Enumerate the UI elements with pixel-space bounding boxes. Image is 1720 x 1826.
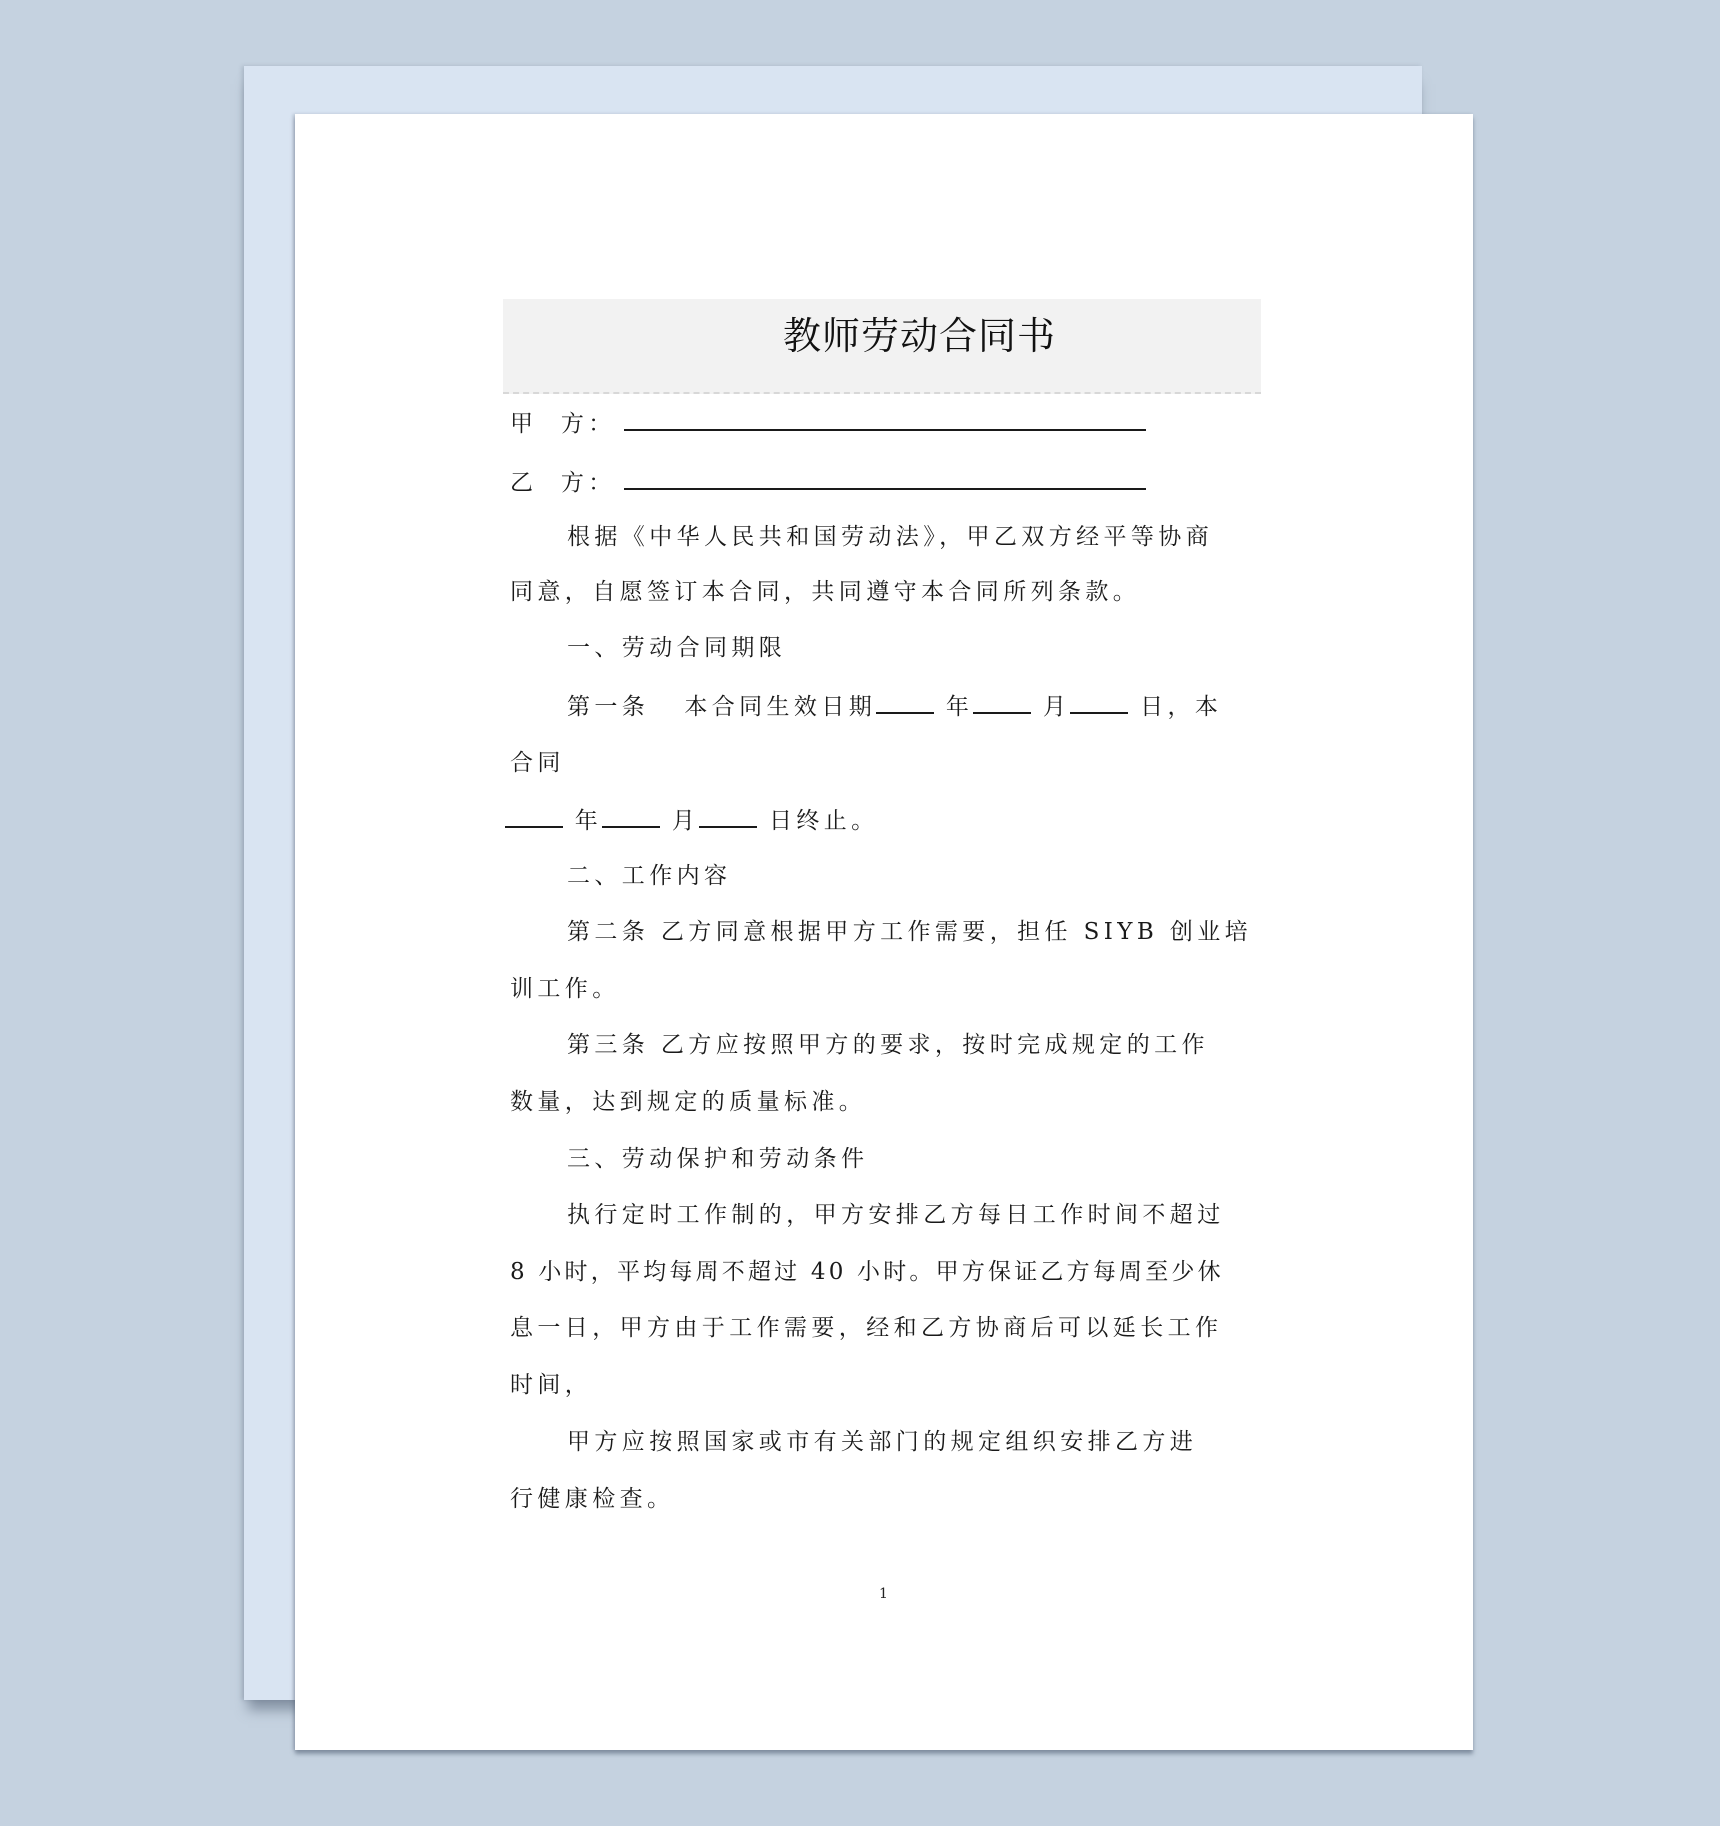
party-a-label: 甲 方： [510,411,616,437]
year-label-2: 年 [575,808,602,834]
health-line-1: 甲方应按照国家或市有关部门的规定组织安排乙方进 [567,1426,1197,1458]
document-title: 教师劳动合同书 [783,305,1056,360]
end-label: 日终止。 [769,808,879,834]
page-number: 1 [879,1586,888,1602]
party-b-row: 乙 方： [510,466,1146,498]
title-band: 教师劳动合同书 [503,299,1261,394]
document-page: 教师劳动合同书 甲 方： 乙 方： 根据《中华人民共和国劳动法》，甲乙双方经平等… [295,114,1473,1750]
party-b-label: 乙 方： [510,470,616,496]
hours-line-1: 执行定时工作制的，甲方安排乙方每日工作时间不超过 [567,1199,1225,1231]
article-2-line-1: 第二条 乙方同意根据甲方工作需要，担任 SIYB 创业培 [567,916,1252,948]
start-month-blank[interactable] [973,690,1031,714]
end-day-blank[interactable] [699,804,757,828]
article-1-line-1: 第一条 本合同生效日期 年 月 日，本 [567,690,1222,722]
start-year-blank[interactable] [876,690,934,714]
article-2-line-2: 训工作。 [510,973,620,1005]
hours-line-4: 时间， [510,1369,592,1401]
intro-line-1: 根据《中华人民共和国劳动法》，甲乙双方经平等协商 [567,521,1213,553]
month-label: 月 [1043,694,1070,720]
section-2-heading: 二、工作内容 [567,860,731,892]
party-b-blank[interactable] [624,466,1146,490]
party-a-blank[interactable] [624,407,1146,431]
day-label: 日，本 [1140,694,1222,720]
article-3-line-2: 数量，达到规定的质量标准。 [510,1086,866,1118]
article-3-line-1: 第三条 乙方应按照甲方的要求，按时完成规定的工作 [567,1029,1209,1061]
month-label-2: 月 [672,808,699,834]
end-year-blank[interactable] [505,804,563,828]
article-1-line-2: 合同 [510,747,565,779]
party-a-row: 甲 方： [510,407,1146,439]
article-1-prefix: 第一条 本合同生效日期 [567,694,876,720]
hours-line-3: 息一日，甲方由于工作需要，经和乙方协商后可以延长工作 [510,1312,1222,1344]
start-day-blank[interactable] [1070,690,1128,714]
section-1-heading: 一、劳动合同期限 [567,632,786,664]
article-1-line-3: 年 月 日终止。 [505,804,879,836]
intro-line-2: 同意，自愿签订本合同，共同遵守本合同所列条款。 [510,576,1140,608]
year-label: 年 [946,694,973,720]
health-line-2: 行健康检查。 [510,1483,674,1515]
hours-line-2: 8 小时，平均每周不超过 40 小时。甲方保证乙方每周至少休 [510,1256,1224,1288]
section-3-heading: 三、劳动保护和劳动条件 [567,1143,868,1175]
end-month-blank[interactable] [602,804,660,828]
